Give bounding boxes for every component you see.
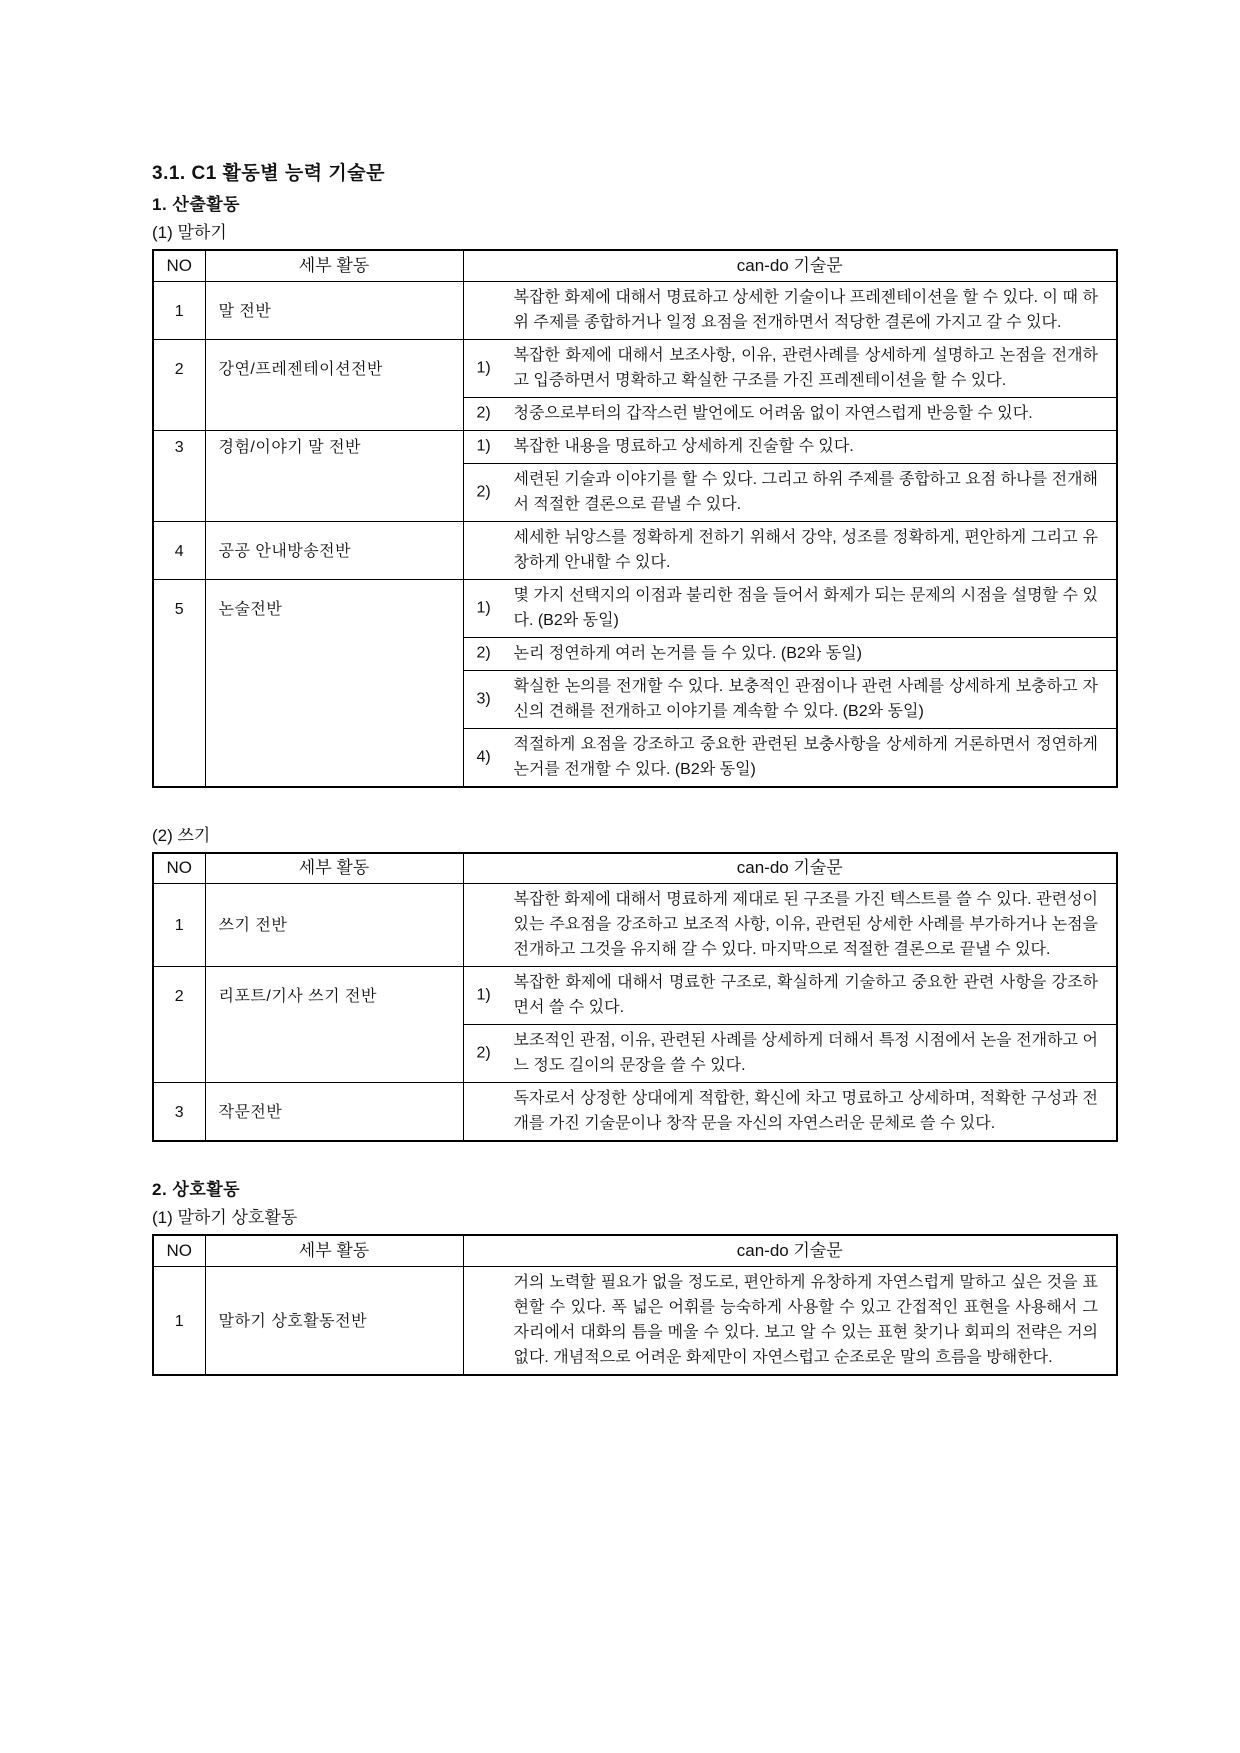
row-number-cell: 2 <box>153 339 205 430</box>
item-number: 2) <box>477 1041 491 1066</box>
item-number: 1) <box>477 983 491 1008</box>
can-do-cell: 2)논리 정연하게 여러 논거를 들 수 있다. (B2와 동일) <box>463 637 1117 670</box>
activity-cell: 리포트/기사 쓰기 전반 <box>205 967 463 1083</box>
col-header-no: NO <box>153 1235 205 1266</box>
item-number: 2) <box>477 401 491 426</box>
col-header-no: NO <box>153 853 205 884</box>
can-do-table: NO세부 활동can-do 기술문1말 전반복잡한 화제에 대해서 명료하고 상… <box>152 249 1118 788</box>
activity-cell: 공공 안내방송전반 <box>205 521 463 579</box>
can-do-statement: 1)복잡한 내용을 명료하고 상세하게 진술할 수 있다. <box>514 434 1099 459</box>
subsection-label: (1) 말하기 <box>152 219 1128 247</box>
can-do-cell: 2)세련된 기술과 이야기를 할 수 있다. 그리고 하위 주제를 종합하고 요… <box>463 463 1117 521</box>
can-do-statement: 2)청중으로부터의 갑작스런 발언에도 어려움 없이 자연스럽게 반응할 수 있… <box>514 401 1099 426</box>
col-header-activity: 세부 활동 <box>205 1235 463 1266</box>
can-do-statement: 2)세련된 기술과 이야기를 할 수 있다. 그리고 하위 주제를 종합하고 요… <box>514 467 1099 517</box>
row-number-cell: 3 <box>153 1083 205 1142</box>
can-do-statement: 1)몇 가지 선택지의 이점과 불리한 점을 들어서 화제가 되는 문제의 시점… <box>514 583 1099 633</box>
table-row: 4공공 안내방송전반세세한 뉘앙스를 정확하게 전하기 위해서 강약, 성조를 … <box>153 521 1117 579</box>
row-number-cell: 5 <box>153 579 205 787</box>
row-number-cell: 4 <box>153 521 205 579</box>
can-do-cell: 1)몇 가지 선택지의 이점과 불리한 점을 들어서 화제가 되는 문제의 시점… <box>463 579 1117 637</box>
col-header-cando: can-do 기술문 <box>463 1235 1117 1266</box>
can-do-cell: 복잡한 화제에 대해서 명료하고 상세한 기술이나 프레젠테이션을 할 수 있다… <box>463 281 1117 339</box>
col-header-cando: can-do 기술문 <box>463 853 1117 884</box>
can-do-statement: 독자로서 상정한 상대에게 적합한, 확신에 차고 명료하고 상세하며, 적확한… <box>514 1086 1099 1136</box>
statement-text: 복잡한 화제에 대해서 명료하고 상세한 기술이나 프레젠테이션을 할 수 있다… <box>514 289 1099 331</box>
row-number-cell: 2 <box>153 967 205 1083</box>
table-row: 1말 전반복잡한 화제에 대해서 명료하고 상세한 기술이나 프레젠테이션을 할… <box>153 281 1117 339</box>
item-number: 1) <box>477 595 491 620</box>
statement-text: 확실한 논의를 전개할 수 있다. 보충적인 관점이나 관련 사례를 상세하게 … <box>514 678 1099 720</box>
can-do-cell: 1)복잡한 화제에 대해서 보조사항, 이유, 관련사례를 상세하게 설명하고 … <box>463 339 1117 397</box>
col-header-no: NO <box>153 250 205 281</box>
activity-cell: 경험/이야기 말 전반 <box>205 430 463 521</box>
statement-text: 거의 노력할 필요가 없을 정도로, 편안하게 유창하게 자연스럽게 말하고 싶… <box>514 1274 1099 1366</box>
statement-text: 복잡한 내용을 명료하고 상세하게 진술할 수 있다. <box>514 438 854 455</box>
statement-text: 세세한 뉘앙스를 정확하게 전하기 위해서 강약, 성조를 정확하게, 편안하게… <box>514 529 1099 571</box>
item-number: 3) <box>477 686 491 711</box>
section-heading: 2. 상호활동 <box>152 1176 1128 1204</box>
item-number: 2) <box>477 641 491 666</box>
statement-text: 적절하게 요점을 강조하고 중요한 관련된 보충사항을 상세하게 거론하면서 정… <box>514 736 1099 778</box>
can-do-statement: 2)논리 정연하게 여러 논거를 들 수 있다. (B2와 동일) <box>514 641 1099 666</box>
can-do-table: NO세부 활동can-do 기술문1쓰기 전반복잡한 화제에 대해서 명료하게 … <box>152 852 1118 1143</box>
item-number: 2) <box>477 479 491 504</box>
can-do-cell: 4)적절하게 요점을 강조하고 중요한 관련된 보충사항을 상세하게 거론하면서… <box>463 728 1117 787</box>
activity-cell: 작문전반 <box>205 1083 463 1142</box>
col-header-cando: can-do 기술문 <box>463 250 1117 281</box>
table-row: 5논술전반1)몇 가지 선택지의 이점과 불리한 점을 들어서 화제가 되는 문… <box>153 579 1117 637</box>
can-do-cell: 1)복잡한 내용을 명료하고 상세하게 진술할 수 있다. <box>463 430 1117 463</box>
can-do-cell: 3)확실한 논의를 전개할 수 있다. 보충적인 관점이나 관련 사례를 상세하… <box>463 670 1117 728</box>
table-row: 3작문전반독자로서 상정한 상대에게 적합한, 확신에 차고 명료하고 상세하며… <box>153 1083 1117 1142</box>
can-do-statement: 3)확실한 논의를 전개할 수 있다. 보충적인 관점이나 관련 사례를 상세하… <box>514 674 1099 724</box>
activity-cell: 논술전반 <box>205 579 463 787</box>
table-row: 3경험/이야기 말 전반1)복잡한 내용을 명료하고 상세하게 진술할 수 있다… <box>153 430 1117 463</box>
row-number-cell: 1 <box>153 884 205 967</box>
section-heading: 1. 산출활동 <box>152 191 1128 219</box>
activity-cell: 말 전반 <box>205 281 463 339</box>
can-do-statement: 2)보조적인 관점, 이유, 관련된 사례를 상세하게 더해서 특정 시점에서 … <box>514 1028 1099 1078</box>
item-number: 1) <box>477 355 491 380</box>
row-number-cell: 1 <box>153 281 205 339</box>
subsection-label: (1) 말하기 상호활동 <box>152 1204 1128 1232</box>
can-do-statement: 4)적절하게 요점을 강조하고 중요한 관련된 보충사항을 상세하게 거론하면서… <box>514 732 1099 782</box>
can-do-cell: 1)복잡한 화제에 대해서 명료한 구조로, 확실하게 기술하고 중요한 관련 … <box>463 967 1117 1025</box>
statement-text: 세련된 기술과 이야기를 할 수 있다. 그리고 하위 주제를 종합하고 요점 … <box>514 471 1099 513</box>
table-row: 2리포트/기사 쓰기 전반1)복잡한 화제에 대해서 명료한 구조로, 확실하게… <box>153 967 1117 1025</box>
can-do-cell: 독자로서 상정한 상대에게 적합한, 확신에 차고 명료하고 상세하며, 적확한… <box>463 1083 1117 1142</box>
can-do-table: NO세부 활동can-do 기술문1말하기 상호활동전반거의 노력할 필요가 없… <box>152 1234 1118 1376</box>
can-do-cell: 복잡한 화제에 대해서 명료하게 제대로 된 구조를 가진 텍스트를 쓸 수 있… <box>463 884 1117 967</box>
statement-text: 청중으로부터의 갑작스런 발언에도 어려움 없이 자연스럽게 반응할 수 있다. <box>514 405 1033 422</box>
can-do-statement: 복잡한 화제에 대해서 명료하고 상세한 기술이나 프레젠테이션을 할 수 있다… <box>514 285 1099 335</box>
activity-cell: 말하기 상호활동전반 <box>205 1266 463 1375</box>
can-do-statement: 1)복잡한 화제에 대해서 명료한 구조로, 확실하게 기술하고 중요한 관련 … <box>514 970 1099 1020</box>
col-header-activity: 세부 활동 <box>205 853 463 884</box>
statement-text: 복잡한 화제에 대해서 명료한 구조로, 확실하게 기술하고 중요한 관련 사항… <box>514 974 1099 1016</box>
statement-text: 몇 가지 선택지의 이점과 불리한 점을 들어서 화제가 되는 문제의 시점을 … <box>514 587 1099 629</box>
row-number-cell: 1 <box>153 1266 205 1375</box>
table-row: 2강연/프레젠테이션전반1)복잡한 화제에 대해서 보조사항, 이유, 관련사례… <box>153 339 1117 397</box>
page-title: 3.1. C1 활동별 능력 기술문 <box>152 161 1128 186</box>
table-row: 1쓰기 전반복잡한 화제에 대해서 명료하게 제대로 된 구조를 가진 텍스트를… <box>153 884 1117 967</box>
statement-text: 독자로서 상정한 상대에게 적합한, 확신에 차고 명료하고 상세하며, 적확한… <box>514 1090 1099 1132</box>
activity-cell: 강연/프레젠테이션전반 <box>205 339 463 430</box>
row-number-cell: 3 <box>153 430 205 521</box>
can-do-statement: 1)복잡한 화제에 대해서 보조사항, 이유, 관련사례를 상세하게 설명하고 … <box>514 343 1099 393</box>
table-row: 1말하기 상호활동전반거의 노력할 필요가 없을 정도로, 편안하게 유창하게 … <box>153 1266 1117 1375</box>
document-content: 1. 산출활동(1) 말하기NO세부 활동can-do 기술문1말 전반복잡한 … <box>152 191 1128 1376</box>
document-page: 3.1. C1 활동별 능력 기술문 1. 산출활동(1) 말하기NO세부 활동… <box>0 0 1240 1753</box>
can-do-statement: 거의 노력할 필요가 없을 정도로, 편안하게 유창하게 자연스럽게 말하고 싶… <box>514 1270 1099 1370</box>
can-do-statement: 세세한 뉘앙스를 정확하게 전하기 위해서 강약, 성조를 정확하게, 편안하게… <box>514 525 1099 575</box>
statement-text: 복잡한 화제에 대해서 보조사항, 이유, 관련사례를 상세하게 설명하고 논점… <box>514 347 1099 389</box>
can-do-cell: 2)보조적인 관점, 이유, 관련된 사례를 상세하게 더해서 특정 시점에서 … <box>463 1025 1117 1083</box>
subsection-label: (2) 쓰기 <box>152 822 1128 850</box>
can-do-cell: 세세한 뉘앙스를 정확하게 전하기 위해서 강약, 성조를 정확하게, 편안하게… <box>463 521 1117 579</box>
item-number: 1) <box>477 434 491 459</box>
can-do-cell: 거의 노력할 필요가 없을 정도로, 편안하게 유창하게 자연스럽게 말하고 싶… <box>463 1266 1117 1375</box>
activity-cell: 쓰기 전반 <box>205 884 463 967</box>
col-header-activity: 세부 활동 <box>205 250 463 281</box>
item-number: 4) <box>477 744 491 769</box>
statement-text: 복잡한 화제에 대해서 명료하게 제대로 된 구조를 가진 텍스트를 쓸 수 있… <box>514 891 1099 958</box>
statement-text: 논리 정연하게 여러 논거를 들 수 있다. (B2와 동일) <box>514 645 862 662</box>
statement-text: 보조적인 관점, 이유, 관련된 사례를 상세하게 더해서 특정 시점에서 논을… <box>514 1032 1099 1074</box>
can-do-statement: 복잡한 화제에 대해서 명료하게 제대로 된 구조를 가진 텍스트를 쓸 수 있… <box>514 887 1099 962</box>
can-do-cell: 2)청중으로부터의 갑작스런 발언에도 어려움 없이 자연스럽게 반응할 수 있… <box>463 397 1117 430</box>
